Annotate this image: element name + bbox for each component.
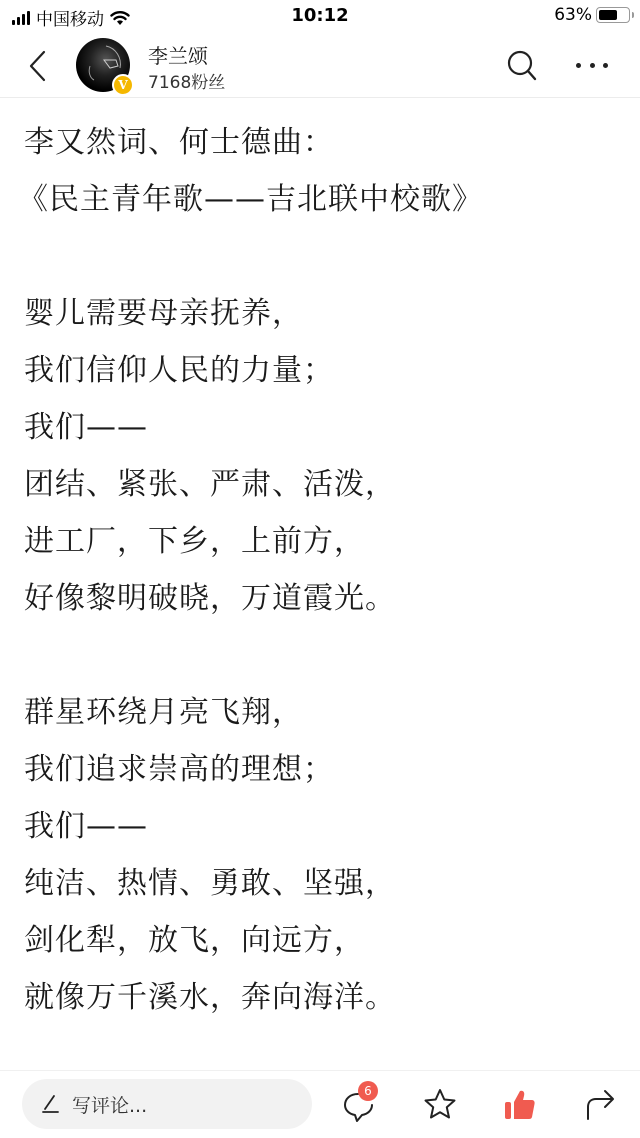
- more-dot: [603, 63, 608, 68]
- article-line: 我们——: [24, 399, 640, 456]
- more-button[interactable]: [574, 52, 610, 78]
- article-line: 《民主青年歌——吉北联中校歌》: [18, 171, 640, 228]
- article-line: 群星环绕月亮飞翔，: [24, 684, 640, 741]
- chevron-left-icon: [24, 48, 54, 84]
- search-button[interactable]: [504, 48, 540, 84]
- status-bar: 中国移动 10:12 63%: [0, 0, 640, 32]
- like-button[interactable]: [500, 1085, 540, 1125]
- share-arrow-icon: [580, 1085, 620, 1125]
- favorite-button[interactable]: [420, 1085, 460, 1125]
- comment-placeholder: 写评论...: [72, 1091, 147, 1118]
- clock: 10:12: [0, 5, 640, 26]
- fans-count: 7168粉丝: [148, 68, 225, 93]
- nav-bar: V 李兰颂 7168粉丝: [0, 32, 640, 98]
- share-button[interactable]: [580, 1085, 620, 1125]
- article-line: 我们——: [24, 798, 640, 855]
- back-button[interactable]: [24, 48, 54, 84]
- article-line: 我们信仰人民的力量；: [24, 342, 640, 399]
- article-body: 李又然词、何士德曲： 《民主青年歌——吉北联中校歌》 婴儿需要母亲抚养， 我们信…: [0, 100, 640, 1070]
- verified-badge: V: [112, 74, 134, 96]
- article-line-blank: [24, 627, 640, 684]
- article-line: 团结、紧张、严肃、活泼，: [24, 456, 640, 513]
- user-name[interactable]: 李兰颂: [148, 40, 208, 69]
- avatar[interactable]: V: [76, 38, 130, 92]
- battery-percent: 63%: [554, 5, 592, 25]
- comment-count-badge: 6: [358, 1081, 378, 1101]
- battery-icon: [596, 7, 630, 23]
- comments-button[interactable]: 6: [340, 1085, 380, 1125]
- article-line: 进工厂，下乡，上前方，: [24, 513, 640, 570]
- article-line: 就像万千溪水，奔向海洋。: [24, 969, 640, 1026]
- more-dot: [590, 63, 595, 68]
- article-line: 婴儿需要母亲抚养，: [24, 285, 640, 342]
- article-line: 纯洁、热情、勇敢、坚强，: [24, 855, 640, 912]
- star-icon: [420, 1085, 460, 1125]
- article-line-blank: [24, 228, 640, 285]
- thumbs-up-icon: [500, 1085, 540, 1125]
- search-icon: [504, 48, 540, 84]
- comment-input[interactable]: 写评论...: [22, 1079, 312, 1129]
- article-line: 好像黎明破晓，万道霞光。: [24, 570, 640, 627]
- status-right: 63%: [554, 5, 630, 25]
- article-line: 我们追求崇高的理想；: [24, 741, 640, 798]
- article-line: 剑化犁，放飞，向远方，: [24, 912, 640, 969]
- article-line: 李又然词、何士德曲：: [24, 114, 640, 171]
- bottom-action-bar: 写评论... 6: [0, 1070, 640, 1138]
- pen-icon: [40, 1093, 62, 1115]
- more-dot: [576, 63, 581, 68]
